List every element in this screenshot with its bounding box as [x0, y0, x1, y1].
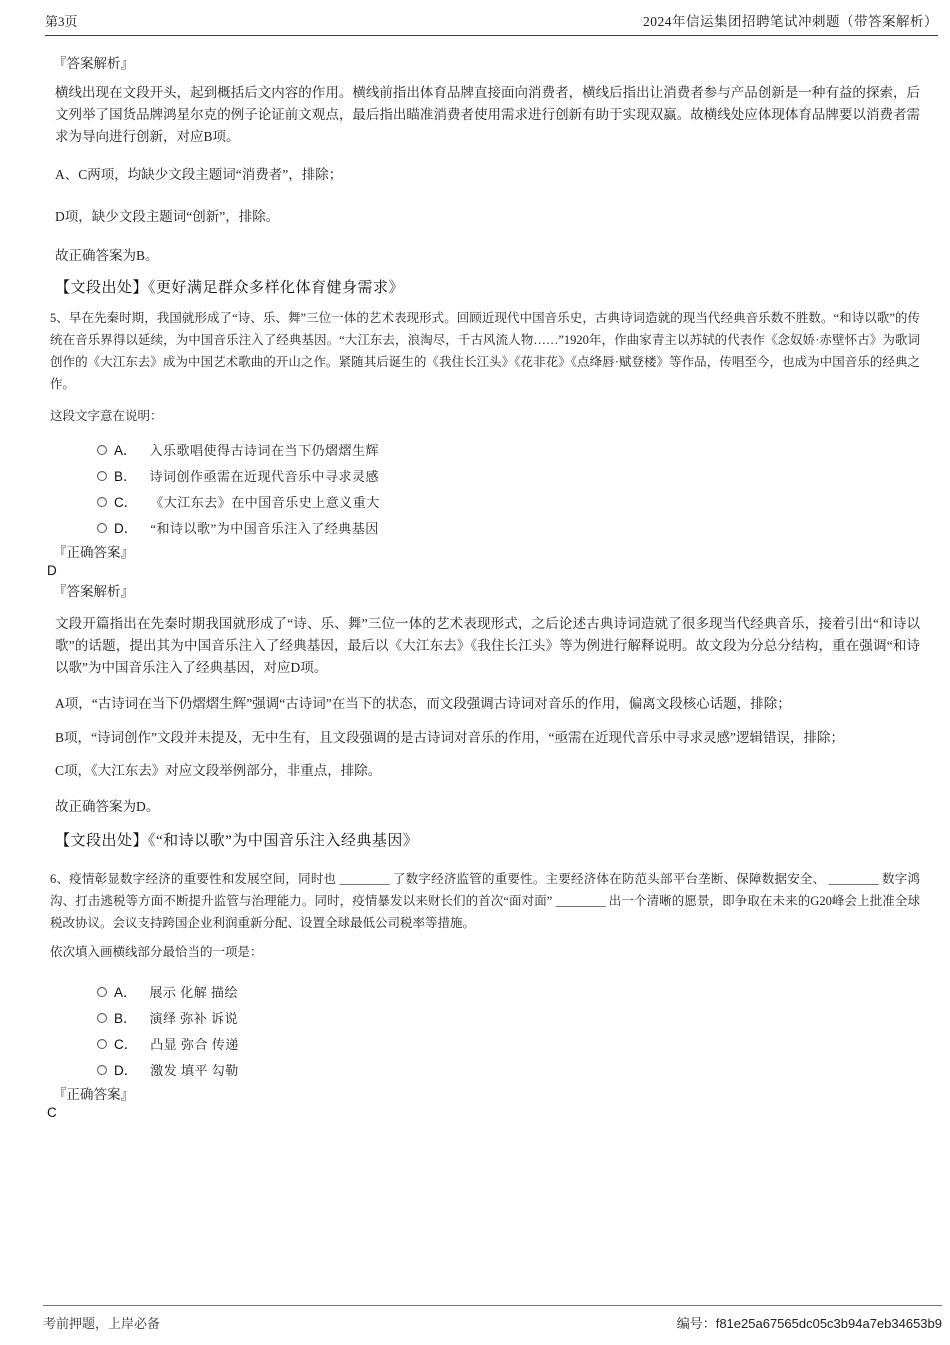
q5-option-d[interactable]: D． “和诗以歌”为中国音乐注入了经典基因: [97, 518, 938, 536]
option-text: 演绎 弥补 诉说: [150, 1008, 239, 1027]
q6-option-c[interactable]: C． 凸显 弥合 传递: [97, 1034, 938, 1052]
option-letter: A．: [114, 981, 137, 1001]
q5-analysis-label: 『答案解析』: [53, 583, 938, 601]
q5-option-b-note: B项，“诗词创作”文段并未提及，无中生有，且文段强调的是古诗词对音乐的作用，“亟…: [55, 727, 920, 749]
option-letter: B．: [114, 1007, 137, 1027]
q6-correct-answer-label: 『正确答案』: [53, 1086, 938, 1104]
question-6-stem: 6、疫情彰显数字经济的重要性和发展空间，同时也 ________ 了数字经济监管…: [50, 868, 920, 934]
q4-source-line: 【文段出处】《更好满足群众多样化体育健身需求》: [55, 278, 938, 298]
radio-icon[interactable]: [97, 497, 107, 507]
question-6-prompt: 依次填入画横线部分最恰当的一项是：: [50, 943, 938, 961]
footer-slogan: 考前押题，上岸必备: [43, 1313, 160, 1332]
q4-option-ac-note: A、C两项，均缺少文段主题词“消费者”，排除；: [55, 164, 920, 186]
option-letter: C．: [114, 1033, 137, 1053]
q5-source-line: 【文段出处】《“和诗以歌”为中国音乐注入经典基因》: [55, 831, 938, 851]
radio-icon[interactable]: [97, 1039, 107, 1049]
q4-analysis-label: 『答案解析』: [53, 55, 938, 73]
q4-option-d-note: D项，缺少文段主题词“创新”，排除。: [55, 206, 920, 228]
q6-option-b[interactable]: B． 演绎 弥补 诉说: [97, 1008, 938, 1026]
footer-serial: 编号：f81e25a67565dc05c3b94a7eb34653b9: [677, 1313, 942, 1332]
question-5-options: A． 入乐歌唱使得古诗词在当下仍熠熠生辉 B． 诗词创作亟需在近现代音乐中寻求灵…: [45, 440, 938, 536]
footer-serial-code: f81e25a67565dc05c3b94a7eb34653b9: [716, 1316, 942, 1331]
question-6-options: A． 展示 化解 描绘 B． 演绎 弥补 诉说 C． 凸显 弥合 传递 D． 激…: [45, 982, 938, 1078]
option-text: 入乐歌唱使得古诗词在当下仍熠熠生辉: [150, 440, 380, 459]
radio-icon[interactable]: [97, 445, 107, 455]
q5-option-b[interactable]: B． 诗词创作亟需在近现代音乐中寻求灵感: [97, 466, 938, 484]
q5-correct-answer: D: [47, 562, 938, 580]
question-5-prompt: 这段文字意在说明：: [50, 407, 938, 425]
radio-icon[interactable]: [97, 1013, 107, 1023]
q6-option-a[interactable]: A． 展示 化解 描绘: [97, 982, 938, 1000]
q5-correct-answer-label: 『正确答案』: [53, 544, 938, 562]
document-page: 第3页 2024年信运集团招聘笔试冲刺题（带答案解析） 『答案解析』 横线出现在…: [0, 0, 950, 1122]
option-letter: D．: [114, 1059, 137, 1079]
document-title: 2024年信运集团招聘笔试冲刺题（带答案解析）: [643, 10, 938, 30]
option-letter: D．: [114, 517, 137, 537]
radio-icon[interactable]: [97, 523, 107, 533]
option-text: 凸显 弥合 传递: [150, 1034, 239, 1053]
q6-correct-answer: C: [47, 1104, 938, 1122]
q5-option-a[interactable]: A． 入乐歌唱使得古诗词在当下仍熠熠生辉: [97, 440, 938, 458]
option-text: 《大江东去》在中国音乐史上意义重大: [150, 492, 380, 511]
option-text: 展示 化解 描绘: [150, 982, 239, 1001]
q5-option-c[interactable]: C． 《大江东去》在中国音乐史上意义重大: [97, 492, 938, 510]
option-letter: A．: [114, 439, 137, 459]
q5-option-c-note: C项，《大江东去》对应文段举例部分，非重点，排除。: [55, 760, 920, 782]
option-text: 诗词创作亟需在近现代音乐中寻求灵感: [150, 466, 380, 485]
q6-option-d[interactable]: D． 激发 填平 勾勒: [97, 1060, 938, 1078]
page-footer: 考前押题，上岸必备 编号：f81e25a67565dc05c3b94a7eb34…: [43, 1305, 942, 1332]
page-header: 第3页 2024年信运集团招聘笔试冲刺题（带答案解析）: [45, 10, 938, 36]
q4-analysis-paragraph: 横线出现在文段开头，起到概括后文内容的作用。横线前指出体育品牌直接面向消费者，横…: [55, 82, 920, 148]
option-text: 激发 填平 勾勒: [150, 1060, 239, 1079]
q5-conclusion: 故正确答案为D。: [55, 796, 920, 818]
option-text: “和诗以歌”为中国音乐注入了经典基因: [150, 518, 379, 537]
radio-icon[interactable]: [97, 471, 107, 481]
option-letter: C．: [114, 491, 137, 511]
radio-icon[interactable]: [97, 1065, 107, 1075]
option-letter: B．: [114, 465, 137, 485]
radio-icon[interactable]: [97, 987, 107, 997]
question-5-stem: 5、早在先秦时期，我国就形成了“诗、乐、舞”三位一体的艺术表现形式。回顾近现代中…: [50, 307, 920, 395]
page-number: 第3页: [45, 11, 78, 30]
q4-conclusion: 故正确答案为B。: [55, 245, 920, 267]
q5-option-a-note: A项，“古诗词在当下仍熠熠生辉”强调“古诗词”在当下的状态，而文段强调古诗词对音…: [55, 693, 920, 715]
footer-serial-label: 编号：: [677, 1316, 716, 1331]
q5-analysis-paragraph: 文段开篇指出在先秦时期我国就形成了“诗、乐、舞”三位一体的艺术表现形式，之后论述…: [55, 613, 920, 679]
